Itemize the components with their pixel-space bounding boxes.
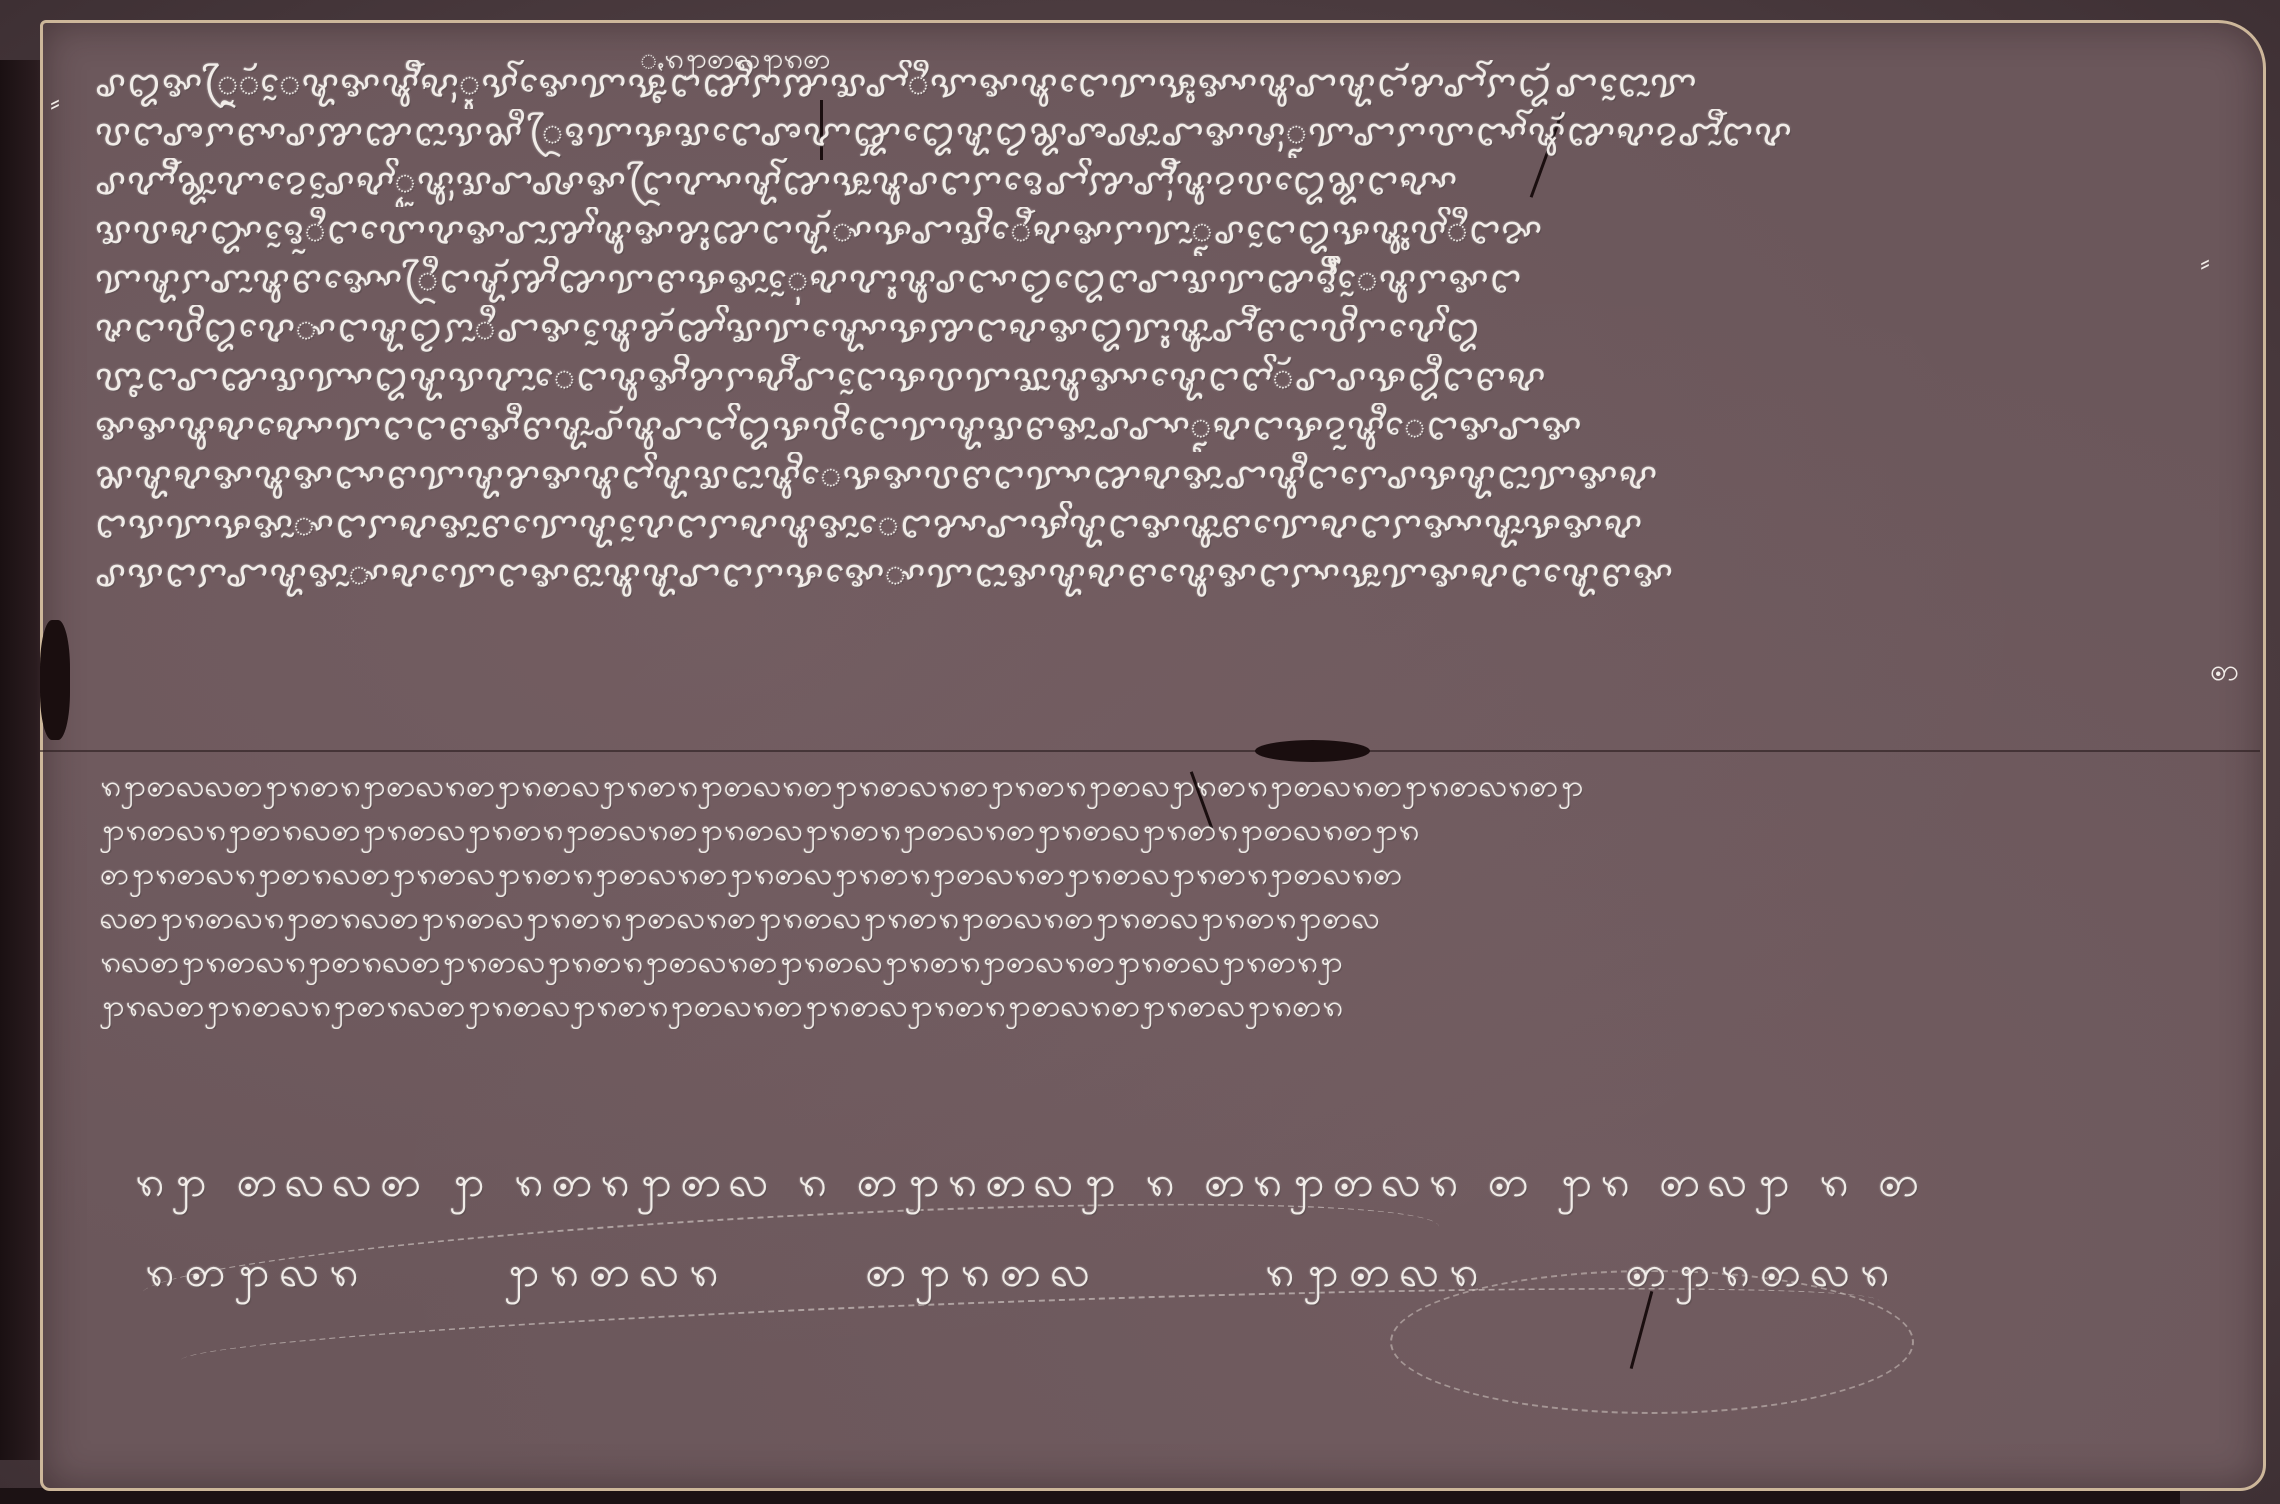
upper-text-block: ꨣꨁꨶꨅꨳꨴꨭꨮꨰꨠꨀꨡꨫꨬꨦꨲꨶꨕꨱꨀꨯꨢꨊꨵꨤꨐꨪꨆꨇꨛꨧꨩꨫꨎꨀꨡꨤꨯꨢꨊ… xyxy=(95,60,2235,599)
footer-word: ꩭꩫꩦꩮꩫ xyxy=(505,1245,728,1307)
text-line: ꨀꨀꨡꨦꨦꨳꨯꨢꨤꨤꨓꨀꨫꨓꨠꨭꨣꨮꨡꨧꨤꨩꨁꨊꨝꨪꨤꨯꨢꨠꨛꨓꨀꨭꨣꨧꨳꨵꨦꨤ… xyxy=(95,403,2235,452)
text-line: ꨤꨕꨢꨊꨀꨭꨳꨤꨆꨦꨀꨭꨓꨢꨯꨠꨖꨰꨤꨆꨦꨡꨀꨭꨯꨤꨌꨳꨧꨊꨩꨠꨤꨀꨡꨭꨓꨢꨯꨦ… xyxy=(95,501,2235,550)
text-line: ꩦꩭꩫꩦꩮꩫꩭꩦꩫꩮꩦꩭꩫꩦꩮꩭꩫꩦꩫꩭꩦꩮꩫꩦꩭꩫꩦꩮꩭꩫꩦꩫꩭꩦꩮꩫꩦꩭꩫꩦ… xyxy=(100,853,2230,897)
worm-hole xyxy=(1255,740,1370,762)
text-line: ꩭꩫꩮꩦꩭꩫꩦꩮꩫꩭꩦꩫꩮꩦꩭꩫꩦꩮꩭꩫꩦꩫꩭꩦꩮꩫꩦꩭꩫꩦꩮꩭꩫꩦꩫꩭꩦꩮꩫꩦ… xyxy=(100,985,2230,1029)
margin-mark: ⸗ xyxy=(50,85,60,120)
text-line: ꨣꨕꨤꨆꨧꨠꨀꨭꨳꨦꨢꨯꨤꨀꨓꨭꨡꨠꨧꨤꨆꨊꨀꨯꨳꨢꨤꨭꨀꨠꨦꨓꨡꨯꨀꨤꨆꨳꨊꨭ… xyxy=(95,550,2235,599)
text-line: ꨟꨤꨝꨪꨁꨖꨯꨳꨤꨠꨄꨆꨭꨫꨧꨀꨡꨰꨌꨮꨐꨩꨛꨢꨠꨳꨯꨊꨇꨤꨦꨀꨁꨢꨶꨡꨭꨧꨬꨓ… xyxy=(95,305,2235,354)
text-line: ꨣꨁꨶꨅꨳꨴꨭꨮꨰꨠꨀꨡꨫꨬꨦꨲꨶꨕꨱꨀꨯꨢꨊꨵꨤꨐꨪꨆꨇꨛꨧꨩꨫꨎꨀꨡꨤꨯꨢꨊ… xyxy=(95,60,2235,109)
center-fold-line xyxy=(40,750,2260,752)
margin-mark: ⸗ xyxy=(2200,245,2210,280)
margin-mark: ꩦ xyxy=(2210,650,2239,695)
text-line: ꨝꨤꨨꨆꨓꨳꨣꨇꨐꨈꨭꨕꨗꨫꨴꨅꨢꨊꨛꨤꨯꨨꨉꨒꨁꨯꨠꨄꨘꨨꨜꨭꨧꨀꨔꨲꨵꨢꨧꨆ… xyxy=(95,109,2235,158)
text-line: ꨢꨠꨆꨚꨭꨡꨓꨀꨳꨯꨴꨫꨤꨠꨮꨇꨪꨐꨢꨓꨊꨀꨭꨰꨲꨦꨉꨶꨡꨣꨤꨳꨄꨁꨯꨭꨈꨧꨛꨢ… xyxy=(95,256,2235,305)
footer-word: ꩫꩭꩦꩮꩫ xyxy=(1265,1245,1488,1307)
lower-text-block: ꩫꩭꩦꩮꩮꩦꩭꩫꩦꩫꩭꩦꩮꩫꩦꩭꩫꩦꩮꩭꩫꩦꩫꩭꩦꩮꩫꩦꩭꩫꩦꩮꩫꩦꩭꩫꩦꩫꩭꩦ… xyxy=(100,765,2230,1029)
footer-line-2: ꩫꩦꩭꩮꩫ ꩭꩫꩦꩮꩫ ꩦꩭꩫꩦꩮ ꩫꩭꩦꩮꩫ ꩦꩭꩫꩦꩮꩫ xyxy=(145,1245,2045,1325)
text-line: ꩭꩫꩦꩮꩫꩭꩦꩫꩮꩦꩭꩫꩦꩮꩭꩫꩦꩫꩭꩦꩮꩫꩦꩭꩫꩦꩮꩭꩫꩦꩫꩭꩦꩮꩫꩦꩭꩫꩦꩮ… xyxy=(100,809,2230,853)
footer-word: ꩫꩦꩭꩮꩫ xyxy=(145,1245,368,1307)
text-line: ꨛꨝꨦꨁꨳꨅꨰꨭꨫꨤꨞꨯꨖꨀꨧꨭꨇꨩꨡꨀꨌꨶꨐꨤꨠꨮꨳꨊꨧꨛꨪꨯꨬꨦꨀꨆꨢꨭꨵꨣ… xyxy=(95,207,2235,256)
footer-word: ꩦꩭꩫꩦꩮ xyxy=(865,1245,1100,1307)
text-line: ꩫꩭꩦꩮꩮꩦꩭꩫꩦꩫꩭꩦꩮꩫꩦꩭꩫꩦꩮꩭꩫꩦꩫꩭꩦꩮꩫꩦꩭꩫꩦꩮꩫꩦꩭꩫꩦꩫꩭꩦ… xyxy=(100,765,2230,809)
text-line: ꩮꩦꩭꩫꩦꩮꩫꩭꩦꩫꩮꩦꩭꩫꩦꩮꩭꩫꩦꩫꩭꩦꩮꩫꩦꩭꩫꩦꩮꩭꩫꩦꩫꩭꩦꩮꩫꩦꩭꩫ… xyxy=(100,897,2230,941)
crack-mark xyxy=(40,620,70,740)
text-line: ꨣꨉꨪꨬꨘꨭꨉꨂꨯꨣꨰꨦꨩꨶꨭꨡꨲꨛꨧꨜꨀꨤꨴꨉꨳꨠꨱꨐꨊꨭꨡꨣꨤꨆꨅꨯꨧꨩꨇꨚ… xyxy=(95,158,2235,207)
text-line: ꨗꨠꨦꨀꨡꨀꨤꨳꨓꨢꨠꨌꨀꨡꨤꨩꨠꨛꨤꨭꨡꨪꨯꨊꨀꨝꨓꨤꨢꨳꨐꨦꨀꨭꨧꨡꨫꨤꨆꨯ… xyxy=(95,452,2235,501)
text-line: ꩫꩮꩦꩭꩫꩦꩮꩫꩭꩦꩫꩮꩦꩭꩫꩦꩮꩭꩫꩦꩫꩭꩦꩮꩫꩦꩭꩫꩦꩮꩭꩫꩦꩫꩭꩦꩮꩫꩦꩭ… xyxy=(100,941,2230,985)
text-line: ꨞꨵꨤꨧꨐꨛꨢꨳꨁꨠꨕꨉꨭꨯꨤꨡꨀꨪꨌꨆꨦꨬꨧꨤꨰꨊꨝꨢꨛꨭꨡꨀꨳꨠꨯꨤꨈꨩꨮꨧ… xyxy=(95,354,2235,403)
footer-line-1: ꩫꩭ ꩦꩮꩮꩦ ꩭ ꩫꩦꩫꩭꩦꩮ ꩫ ꩦꩭꩫꩦꩮꩭ ꩫ ꩦꩫꩭꩦꩮꩫ ꩦ ꩭꩫ … xyxy=(135,1155,1927,1217)
footer-word: ꩦꩭꩫꩦꩮꩫ xyxy=(1625,1245,1899,1307)
